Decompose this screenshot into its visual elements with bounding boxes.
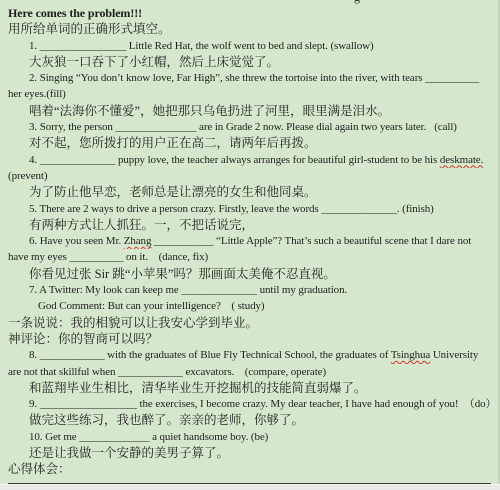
item-7-en-2: God Comment: But can your intelligence? … [8,298,492,314]
item-1-en: 1. ________________ Little Red Hat, the … [8,38,492,54]
worksheet-document: Here comes the problem!!! 用所给单词的正确形式填空。 … [0,0,500,484]
text-run: 你看见过张 Sir 跳“小苹果”吗？那画面太美俺不忍直视。 [29,267,336,281]
item-4-cn: 为了防止他早恋，老师总是让漂亮的女生和他同桌。 [8,184,492,200]
item-3-cn: 对不起，您所拨打的用户正在高二，请两年后再拨。 [8,135,492,151]
item-4-en-1: 4. ______________ puppy love, the teache… [8,152,492,168]
item-2-en-2: her eyes.(fill) [8,86,492,102]
item-6-cn: 你看见过张 Sir 跳“小苹果”吗？那画面太美俺不忍直视。 [8,266,492,282]
text-run: 8. ____________ with the graduates of Bl… [29,349,391,361]
text-run: 7. A Twitter: My look can keep me ______… [29,284,347,296]
text-run: her eyes.(fill) [8,88,66,100]
item-8-en-2: are not that skillful when ____________ … [8,364,492,380]
item-9-cn: 做完这些练习，我也醉了。亲亲的老师，你够了。 [8,412,492,428]
text-run: 1. ________________ Little Red Hat, the … [29,40,374,52]
item-7-cn-1: 一条说说：我的相貌可以让我安心学到毕业。 [8,315,492,331]
text-run: 4. ______________ puppy love, the teache… [29,154,440,166]
item-1-cn: 大灰狼一口吞下了小红帽，然后上床觉觉了。 [8,54,492,70]
text-run: ___________ “Little Apple”? That’s such … [151,235,471,247]
page-title: Here comes the problem!!! [8,5,492,21]
item-7-en-1: 7. A Twitter: My look can keep me ______… [8,282,492,298]
item-2-en-1: 2. Singing “You don’t know love, Far Hig… [8,70,492,86]
misspelled-word: deskmate. [440,154,483,166]
text-run: 大灰狼一口吞下了小红帽，然后上床觉觉了。 [29,55,279,69]
item-8-cn: 和蓝翔毕业生相比，清华毕业生开挖掘机的技能简直弱爆了。 [8,380,492,396]
text-run: 6. Have you seen Mr. [29,235,124,247]
item-10-cn: 还是让我做一个安静的美男子算了。 [8,445,492,461]
text-run: God Comment: But can your intelligence? … [38,300,264,312]
misspelled-word: Zhang [124,235,152,247]
text-run: 唱着“法海你不懂爱”，她把那只乌龟扔进了河里，眼里满是泪水。 [29,104,390,118]
item-4-en-2: (prevent) [8,168,492,184]
item-9-en: 9. __________________ the exercises, I b… [8,396,492,412]
doc-lines: 1. ________________ Little Red Hat, the … [8,38,492,462]
item-6-en-2: have my eyes __________ on it. (dance, f… [8,249,492,265]
item-10-en: 10. Get me _____________ a quiet handsom… [8,429,492,445]
text-run: 一条说说：我的相貌可以让我安心学到毕业。 [8,316,258,330]
text-run: 9. __________________ the exercises, I b… [29,398,492,410]
text-run: (prevent) [8,170,47,182]
text-run: University [430,349,478,361]
window-bottom-strip [0,484,500,490]
text-run: 对不起，您所拨打的用户正在高二，请两年后再拨。 [29,136,317,150]
item-3-en: 3. Sorry, the person _______________ are… [8,119,492,135]
text-run: 做完这些练习，我也醉了。亲亲的老师，你够了。 [29,413,304,427]
text-run: 3. Sorry, the person _______________ are… [29,121,457,133]
text-run: 10. Get me _____________ a quiet handsom… [29,431,268,443]
item-2-cn: 唱着“法海你不懂爱”，她把那只乌龟扔进了河里，眼里满是泪水。 [8,103,492,119]
worksheet-page: { "theme": { "bg": "#d5e7cc", "text": "#… [0,0,500,490]
text-run: 还是让我做一个安静的美男子算了。 [29,446,229,460]
item-8-en-1: 8. ____________ with the graduates of Bl… [8,347,492,363]
text-run: 2. Singing “You don’t know love, Far Hig… [29,72,479,84]
item-7-cn-2: 神评论：你的智商可以吗？ [8,331,492,347]
item-6-en-1: 6. Have you seen Mr. Zhang ___________ “… [8,233,492,249]
item-5-en: 5. There are 2 ways to drive a person cr… [8,201,492,217]
text-run: 和蓝翔毕业生相比，清华毕业生开挖掘机的技能简直弱爆了。 [29,381,367,395]
text-run: 5. There are 2 ways to drive a person cr… [29,203,434,215]
text-run: 为了防止他早恋，老师总是让漂亮的女生和他同桌。 [29,185,317,199]
item-5-cn: 有两种方式让人抓狂。一，不把话说完， [8,217,492,233]
text-run: are not that skillful when ____________ … [8,366,326,378]
misspelled-word: Tsinghua [391,349,430,361]
reflection-label: 心得体会： [8,461,492,477]
text-run: 有两种方式让人抓狂。一，不把话说完， [29,218,254,232]
instructions-line: 用所给单词的正确形式填空。 [8,21,492,37]
text-run: have my eyes __________ on it. (dance, f… [8,251,208,263]
text-run: 神评论：你的智商可以吗？ [8,332,158,346]
